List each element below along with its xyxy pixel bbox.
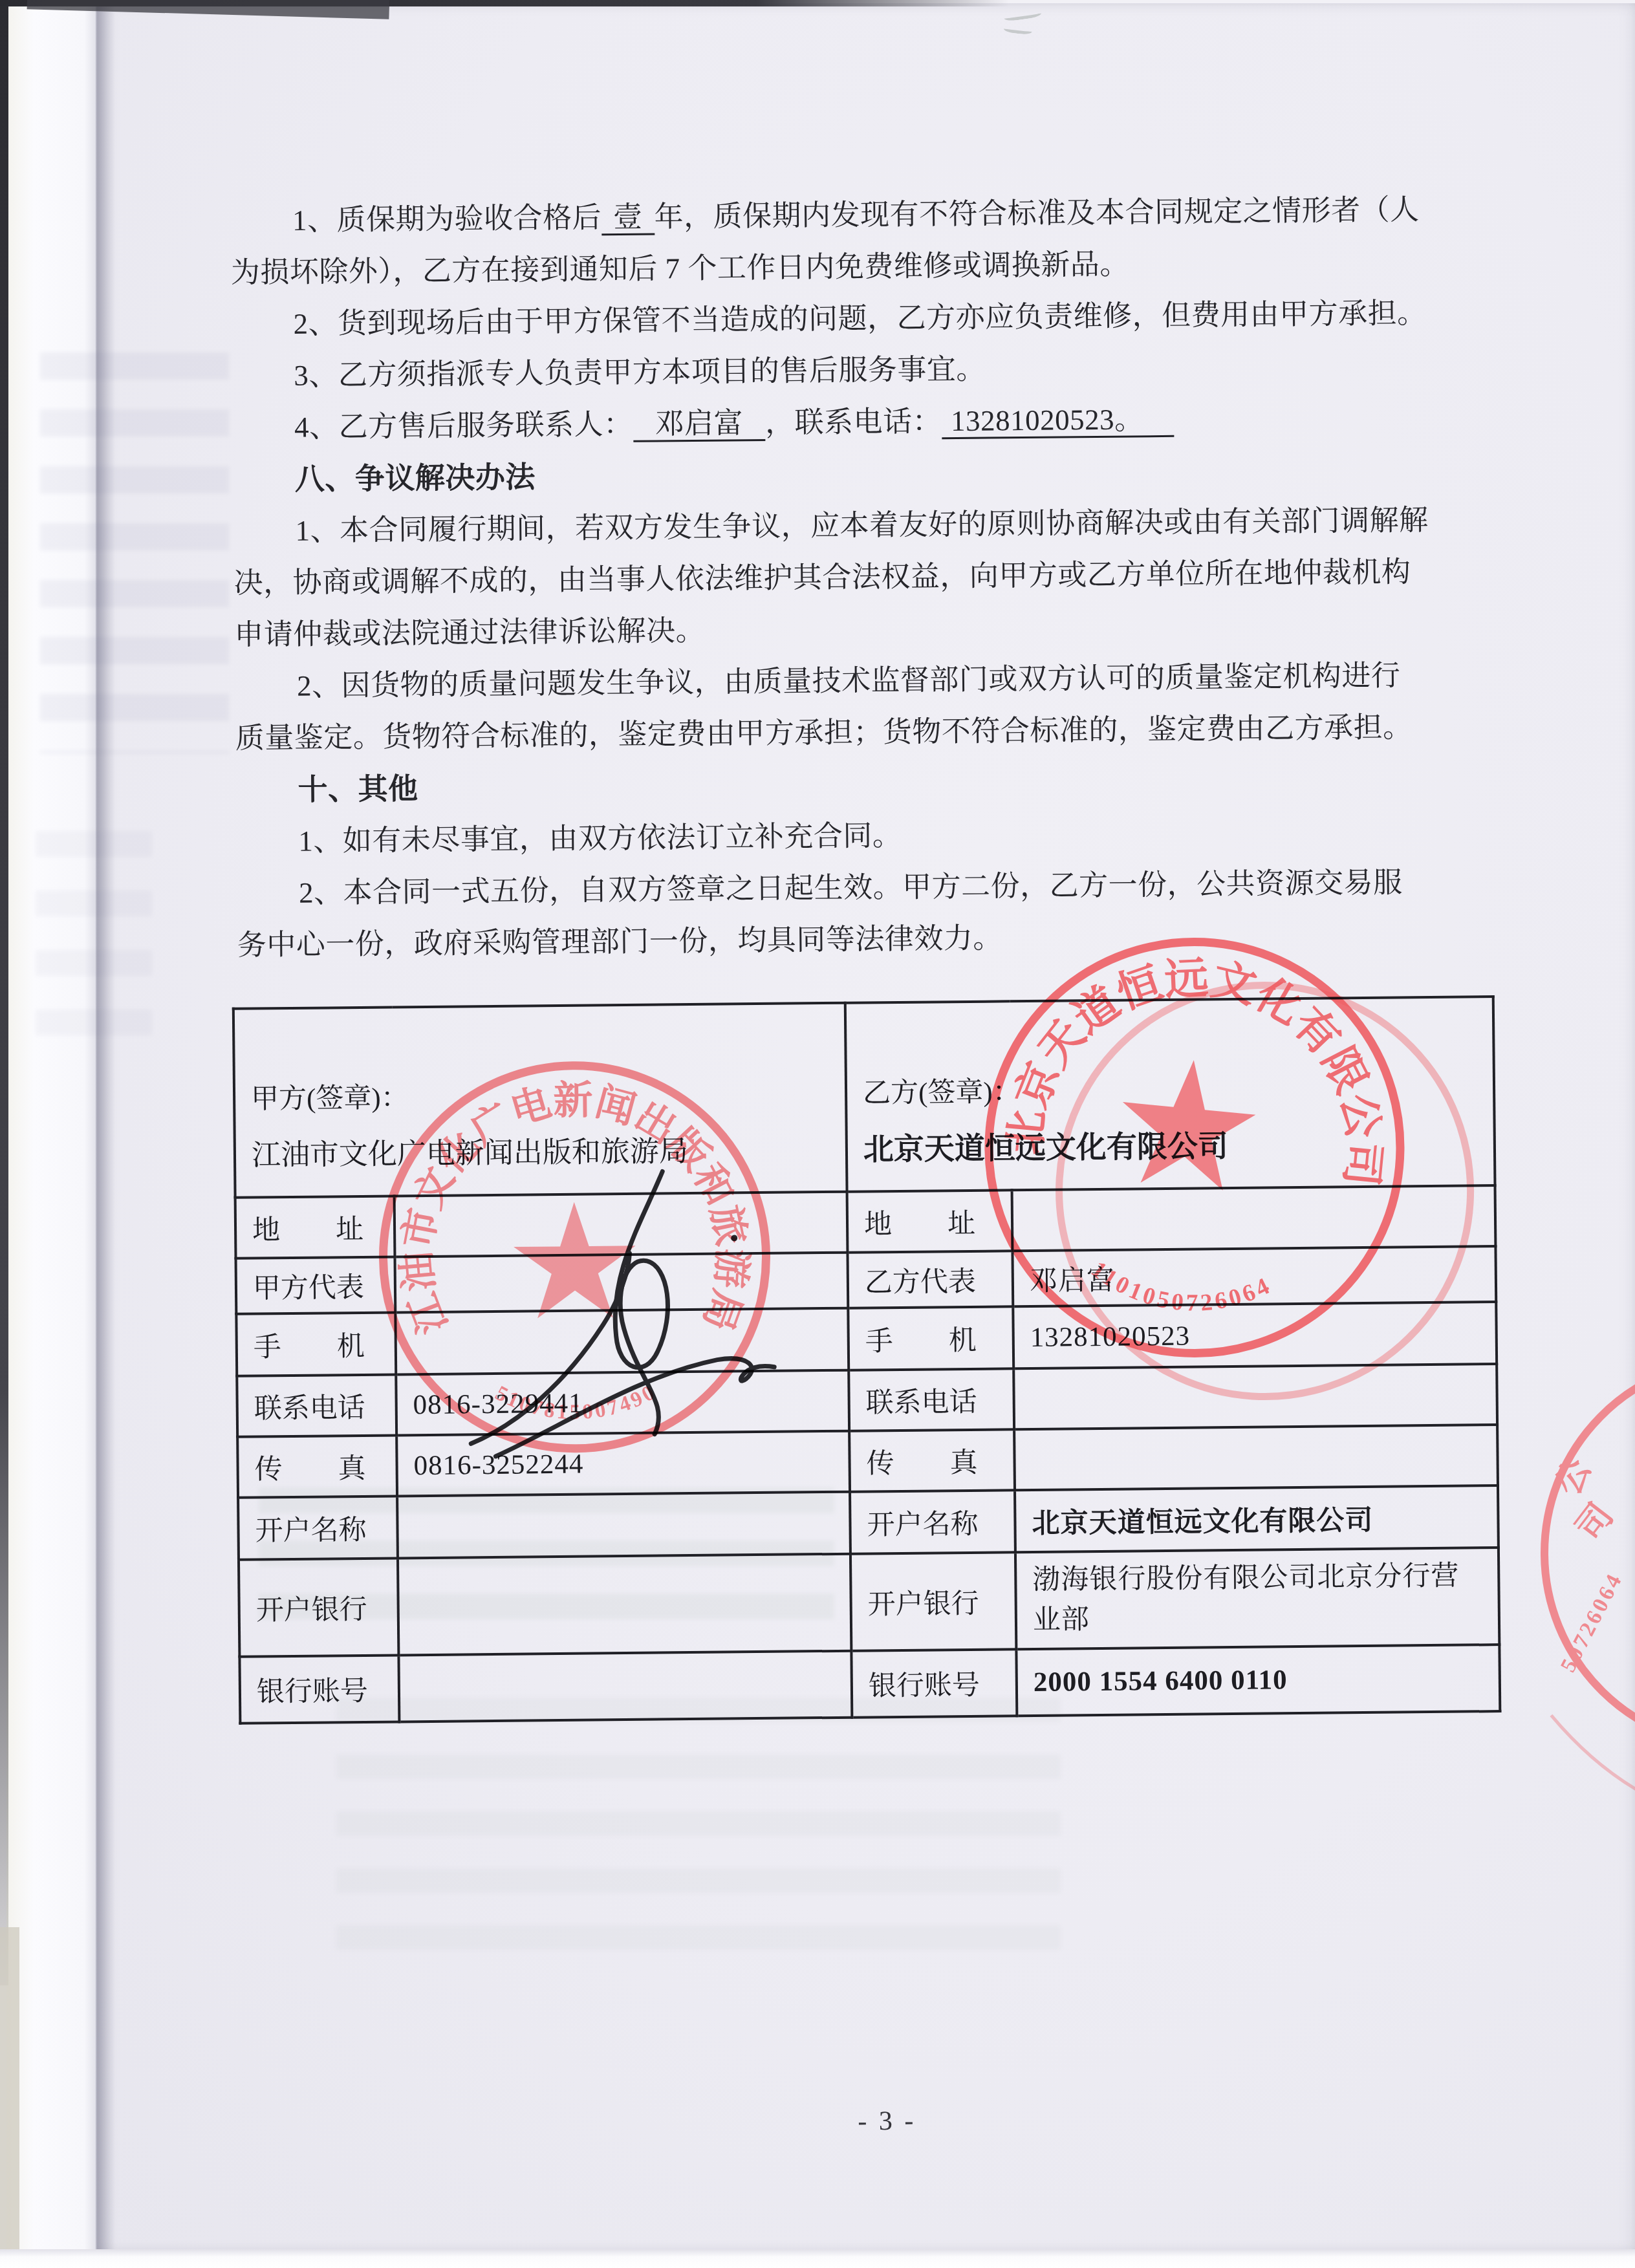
scanned-contract-page: { "meta": { "footer_page_number": "- 3 -…	[0, 0, 1635, 2268]
party-a-bank-cell	[398, 1554, 851, 1656]
page-number: - 3 -	[780, 2105, 993, 2138]
party-b-bank-cell: 渤海银行股份有限公司北京分行营业部	[1015, 1548, 1499, 1649]
edge-seal-serial: 50726064	[1556, 1569, 1627, 1676]
party-b-account-number-cell: 2000 1554 6400 0110	[1016, 1645, 1500, 1716]
edge-partial-seal: 公 司 50726064	[1510, 1333, 1635, 1827]
edge-seal-char-2: 司	[1569, 1496, 1621, 1548]
after-sales-contact-name: 邓启富	[633, 407, 765, 442]
row-label-account-number-b: 银行账号	[851, 1649, 1017, 1717]
table-row-account-name: 开户名称 开户名称 北京天道恒远文化有限公司	[238, 1485, 1499, 1560]
party-b-seal-serial: 1101050726064	[1083, 1255, 1279, 1324]
row-label-bank-b: 开户银行	[850, 1552, 1016, 1650]
row-label-account-number: 银行账号	[239, 1655, 399, 1723]
seal-star	[1115, 1053, 1260, 1193]
party-a-account-number-cell	[398, 1651, 852, 1722]
warranty-period-underlined: 壹	[601, 201, 655, 236]
party-a-account-name-cell	[397, 1492, 850, 1559]
table-row-bank: 开户银行 开户银行 渤海银行股份有限公司北京分行营业部	[239, 1548, 1499, 1657]
contract-body-text: 1、质保期为验收合格后壹年，质保期内发现有不符合标准及本合同规定之情形者（人 为…	[230, 182, 1583, 971]
party-b-account-name-cell: 北京天道恒远文化有限公司	[1015, 1485, 1499, 1552]
row-label-bank: 开户银行	[239, 1558, 398, 1656]
party-a-representative-signature	[454, 1161, 807, 1474]
table-row-account-number: 银行账号 银行账号 2000 1554 6400 0110	[239, 1645, 1500, 1723]
row-label-account-name: 开户名称	[238, 1496, 398, 1559]
row-label-account-name-b: 开户名称	[850, 1490, 1015, 1553]
svg-text:1101050726064: 1101050726064	[1083, 1255, 1279, 1324]
party-b-official-seal: 北京天道恒远文化有限公司 1101050726064	[959, 911, 1546, 1447]
after-sales-contact-phone: 13281020523。	[942, 403, 1174, 439]
content-layer: 1、质保期为验收合格后壹年，质保期内发现有不符合标准及本合同规定之情形者（人 为…	[0, 0, 1635, 2268]
